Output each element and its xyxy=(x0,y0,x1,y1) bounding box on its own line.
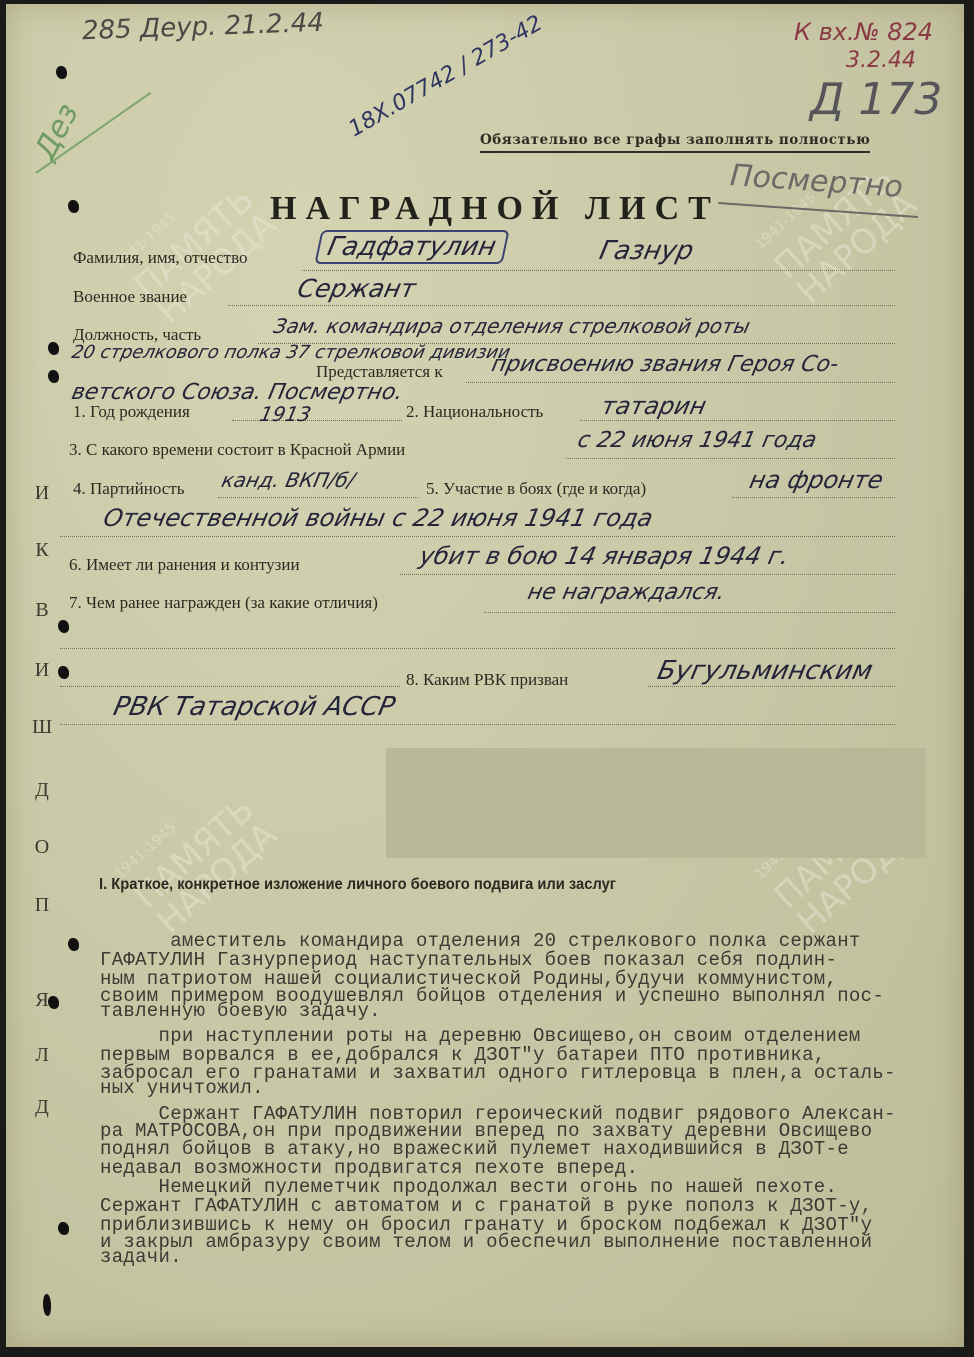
punch-hole xyxy=(48,370,59,383)
party-value: канд. ВКП/б/ xyxy=(219,468,357,492)
prior-awards-value: не награждался. xyxy=(525,580,727,605)
fio-name: Газнур xyxy=(597,236,697,266)
side-letter: В xyxy=(32,599,52,622)
nationality-label: 2. Национальность xyxy=(406,402,543,422)
birth-year-label: 1. Год рождения xyxy=(73,402,190,422)
rank-label: Военное звание xyxy=(73,287,187,307)
rvk-value-line2: РВК Татарской АССР xyxy=(111,692,398,722)
wounds-value: убит в бою 14 января 1944 г. xyxy=(417,542,792,570)
blank-dotted-line xyxy=(60,648,895,649)
battles-dotted-line-2 xyxy=(60,536,895,537)
award-sheet-page: 1941-1945ПАМЯТЬНАРОДА 1941-1945ПАМЯТЬНАР… xyxy=(6,4,964,1347)
fill-all-fields-notice: Обязательно все графы заполнять полность… xyxy=(480,132,870,153)
rank-value: Сержант xyxy=(295,274,419,303)
masked-region xyxy=(386,748,926,858)
rvk-label: 8. Каким РВК призван xyxy=(406,670,568,690)
nationality-value: татарин xyxy=(599,392,709,420)
army-since-dotted-line xyxy=(566,458,895,459)
typed-line: и закрыл амбразуру своим телом и обеспеч… xyxy=(100,1235,970,1250)
document-title: НАГРАДНОЙ ЛИСТ xyxy=(270,190,720,228)
party-label: 4. Партийность xyxy=(73,479,184,499)
punch-hole xyxy=(43,1294,51,1316)
nominated-dotted-line xyxy=(466,382,895,383)
rvk-dotted-line xyxy=(648,686,895,687)
incoming-stamp-number: К вх.№ 824 xyxy=(794,18,933,46)
punch-hole xyxy=(68,200,79,213)
green-resolution-mark: Дез xyxy=(28,98,86,166)
wounds-label: 6. Имеет ли ранения и контузии xyxy=(69,555,300,575)
incoming-stamp-date: 3.2.44 xyxy=(846,48,916,73)
archive-number-pencil: 285 Деур. 21.2.44 xyxy=(82,8,325,46)
registry-number: 18Х.07742 / 273-42 xyxy=(344,11,546,142)
side-letter: О xyxy=(32,836,52,859)
prior-awards-label: 7. Чем ранее награжден (за какие отличия… xyxy=(69,593,378,613)
battles-label: 5. Участие в боях (где и когда) xyxy=(426,479,646,499)
nominated-value-line1: присвоению звания Героя Со- xyxy=(489,352,840,377)
punch-hole xyxy=(56,66,67,79)
position-value-line1: Зам. командира отделения стрелковой роты xyxy=(271,314,752,338)
section-1-heading: I. Краткое, конкретное изложение личного… xyxy=(99,876,616,894)
side-letter: И xyxy=(32,659,52,682)
party-dotted-line xyxy=(218,497,418,498)
fio-surname: Гадфатулин xyxy=(314,230,509,264)
rvk-leading-dotted-line xyxy=(60,686,400,687)
battles-dotted-line xyxy=(732,497,895,498)
watermark: 1941-1945ПАМЯТЬНАРОДА xyxy=(106,766,283,939)
birth-year-value: 1913 xyxy=(257,402,313,426)
punch-hole xyxy=(68,938,79,951)
army-since-value: с 22 июня 1941 года xyxy=(575,428,819,453)
side-letter: П xyxy=(32,894,52,917)
punch-hole xyxy=(58,1222,69,1235)
pencil-underline xyxy=(718,202,918,218)
side-letter: Д xyxy=(32,779,52,802)
nationality-dotted-line xyxy=(580,420,895,421)
nominated-label: Представляется к xyxy=(316,362,443,382)
rvk-dotted-line-2 xyxy=(60,724,895,725)
battles-value-line1: на фронте xyxy=(747,466,886,494)
case-number-pencil: Д 173 xyxy=(810,74,942,125)
side-letter: И xyxy=(32,482,52,505)
side-letter: Л xyxy=(32,1044,52,1067)
side-letter: Я xyxy=(32,989,52,1012)
position-value-line2: 20 стрелкового полка 37 стрелковой дивиз… xyxy=(70,342,512,363)
fio-label: Фамилия, имя, отчество xyxy=(73,248,248,268)
army-since-label: 3. С какого времени состоит в Красной Ар… xyxy=(69,440,405,460)
posthumous-pencil-note: Посмертно xyxy=(729,158,904,205)
section-1-typed-body: аместитель командира отделения 20 стрелк… xyxy=(100,932,970,1265)
punch-hole xyxy=(48,342,59,355)
prior-awards-dotted-line xyxy=(484,612,895,613)
battles-value-line2: Отечественной войны с 22 июня 1941 года xyxy=(101,504,655,532)
punch-hole xyxy=(58,666,69,679)
side-letter: Д xyxy=(32,1096,52,1119)
rank-dotted-line xyxy=(228,305,895,306)
side-letter: К xyxy=(32,539,52,562)
side-letter: Ш xyxy=(32,716,52,739)
rvk-value-line1: Бугульминским xyxy=(655,656,876,686)
fio-dotted-line xyxy=(302,270,895,271)
wounds-dotted-line xyxy=(400,574,895,575)
punch-hole xyxy=(58,620,69,633)
